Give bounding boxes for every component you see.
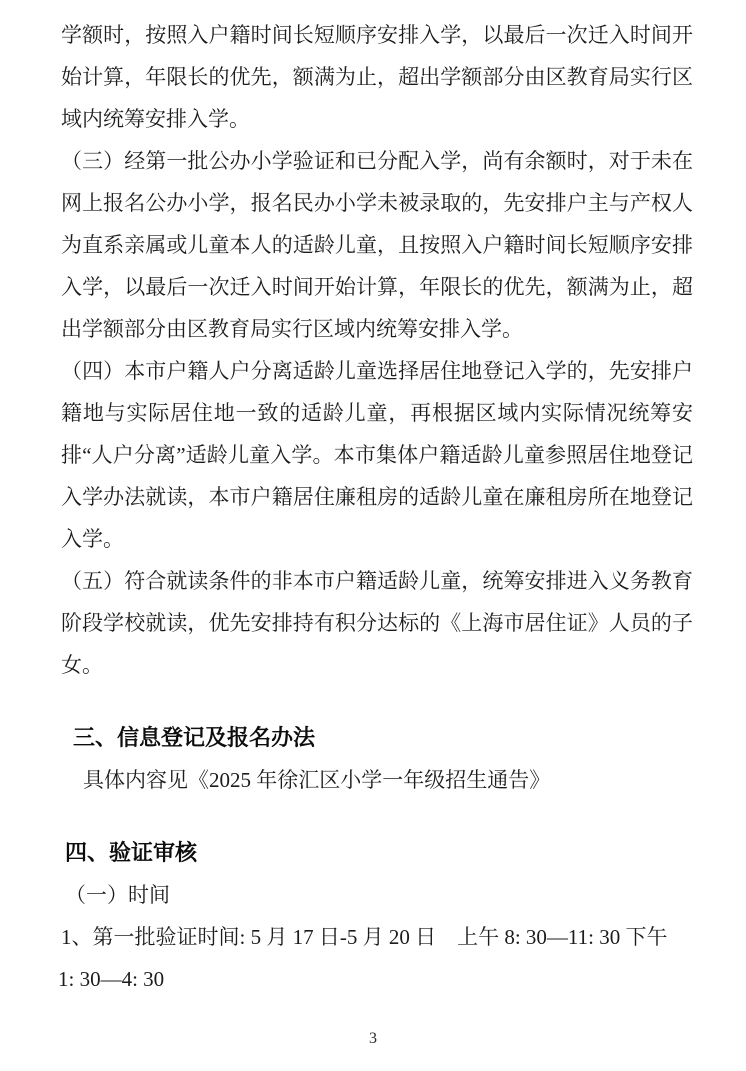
overflow-paragraph: 学额时，按照入户籍时间长短顺序安排入学，以最后一次迁入时间开始计算，年限长的优先… [61, 14, 693, 140]
list-item-paragraph-three: （三）经第一批公办小学验证和已分配入学，尚有余额时，对于未在网上报名公办小学，报… [61, 140, 693, 350]
list-item-paragraph-four: （四）本市户籍人户分离适龄儿童选择居住地登记入学的，先安排户籍地与实际居住地一致… [61, 350, 693, 560]
list-item-paragraph-five: （五）符合就读条件的非本市户籍适龄儿童，统筹安排进入义务教育阶段学校就读，优先安… [61, 560, 693, 686]
verification-time-line-2: 1: 30—4: 30 [58, 958, 693, 1000]
verification-time-line-1: 1、第一批验证时间: 5 月 17 日-5 月 20 日 上午 8: 30—11… [61, 916, 693, 958]
section-heading-verification: 四、验证审核 [65, 832, 693, 874]
section-heading-registration: 三、信息登记及报名办法 [73, 717, 693, 759]
page-body: 学额时，按照入户籍时间长短顺序安排入学，以最后一次迁入时间开始计算，年限长的优先… [61, 14, 693, 1000]
verification-subheading-time: （一）时间 [65, 874, 693, 916]
document-page: 学额时，按照入户籍时间长短顺序安排入学，以最后一次迁入时间开始计算，年限长的优先… [0, 0, 746, 1071]
registration-detail-paragraph: 具体内容见《2025 年徐汇区小学一年级招生通告》 [83, 759, 693, 801]
page-number: 3 [0, 1030, 746, 1048]
